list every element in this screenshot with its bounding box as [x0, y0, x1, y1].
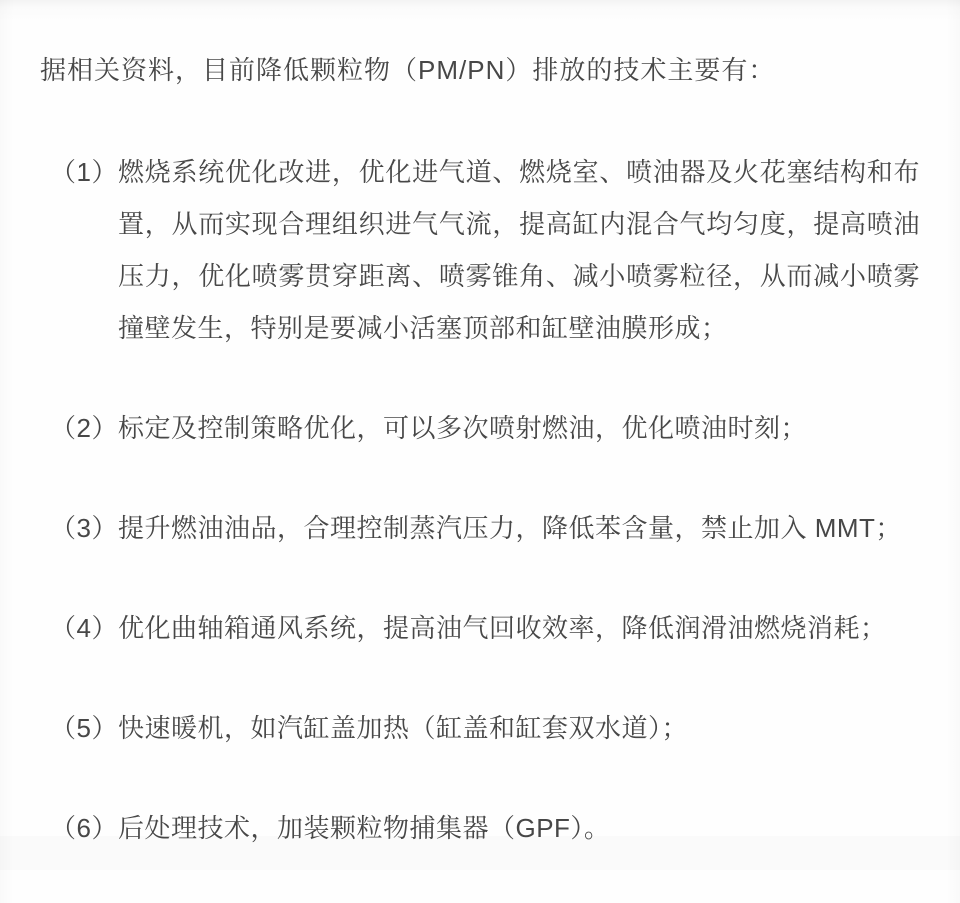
item-text: 快速暖机，如汽缸盖加热（缸盖和缸套双水道）； — [118, 702, 920, 754]
item-number: （3） — [50, 502, 118, 554]
list-item: （1） 燃烧系统优化改进，优化进气道、燃烧室、喷油器及火花塞结构和布置，从而实现… — [40, 146, 920, 354]
intro-paragraph: 据相关资料，目前降低颗粒物（PM/PN）排放的技术主要有： — [40, 44, 920, 96]
item-text: 提升燃油油品，合理控制蒸汽压力，降低苯含量，禁止加入 MMT； — [118, 502, 920, 554]
item-number: （4） — [50, 602, 118, 654]
item-number: （2） — [50, 402, 118, 454]
item-text: 优化曲轴箱通风系统，提高油气回收效率，降低润滑油燃烧消耗； — [118, 602, 920, 654]
item-number: （1） — [50, 146, 118, 198]
document-page: 据相关资料，目前降低颗粒物（PM/PN）排放的技术主要有： （1） 燃烧系统优化… — [0, 0, 960, 903]
item-text: 标定及控制策略优化，可以多次喷射燃油，优化喷油时刻； — [118, 402, 920, 454]
list-item: （3） 提升燃油油品，合理控制蒸汽压力，降低苯含量，禁止加入 MMT； — [40, 502, 920, 554]
list-item: （6） 后处理技术，加装颗粒物捕集器（GPF）。 — [40, 802, 920, 854]
item-number: （5） — [50, 702, 118, 754]
list-item: （2） 标定及控制策略优化，可以多次喷射燃油，优化喷油时刻； — [40, 402, 920, 454]
document-content: 据相关资料，目前降低颗粒物（PM/PN）排放的技术主要有： （1） 燃烧系统优化… — [0, 0, 960, 854]
technology-list: （1） 燃烧系统优化改进，优化进气道、燃烧室、喷油器及火花塞结构和布置，从而实现… — [40, 146, 920, 854]
item-number: （6） — [50, 802, 118, 854]
item-text: 燃烧系统优化改进，优化进气道、燃烧室、喷油器及火花塞结构和布置，从而实现合理组织… — [118, 146, 920, 354]
list-item: （4） 优化曲轴箱通风系统，提高油气回收效率，降低润滑油燃烧消耗； — [40, 602, 920, 654]
item-text: 后处理技术，加装颗粒物捕集器（GPF）。 — [118, 802, 920, 854]
list-item: （5） 快速暖机，如汽缸盖加热（缸盖和缸套双水道）； — [40, 702, 920, 754]
